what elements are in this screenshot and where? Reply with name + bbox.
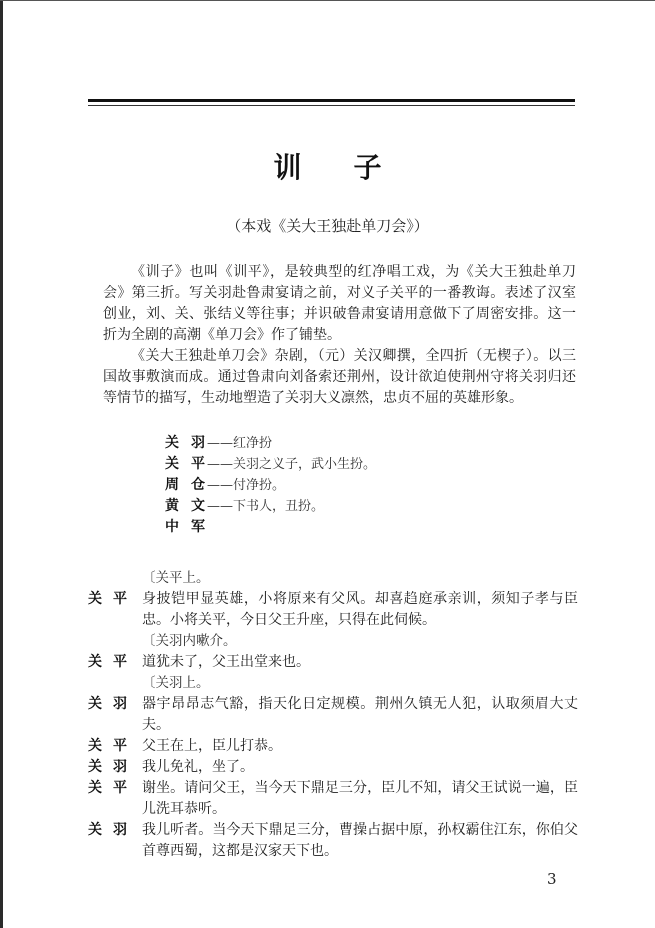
speaker-label: 关羽 [88,694,142,715]
page-subtitle: （本戏《关大王独赴单刀会》） [0,215,655,236]
stage-direction: 〔关羽内嗽介。 [88,631,578,652]
cast-name: 中军 [165,517,207,538]
stage-direction: 〔关平上。 [88,568,578,589]
cast-description: ——关羽之义子，武小生扮。 [207,454,376,475]
speech-text: 我儿听者。当今天下鼎足三分，曹操占据中原，孙权霸住江东，你伯父首尊西蜀，这都是汉… [142,820,578,862]
speech-text: 我儿免礼，坐了。 [142,757,578,778]
dialogue-line: 关羽 器宇昂昂志气豁，指天化日定规模。荆州久镇无人犯，认取须眉大丈夫。 [88,694,578,736]
cast-item: 周仓 ——付净扮。 [165,475,376,496]
scan-left-edge [0,0,3,928]
scan-top-edge [0,0,655,1]
intro-paragraph: 《训子》也叫《训平》，是较典型的红净唱工戏，为《关大王独赴单刀会》第三折。写关羽… [103,262,576,346]
dialogue-line: 关平 谢坐。请问父王，当今天下鼎足三分，臣儿不知，请父王试说一遍，臣儿洗耳恭听。 [88,778,578,820]
speaker-label: 关平 [88,736,142,757]
header-rule-thin [88,105,575,106]
speech-text: 父王在上，臣儿打恭。 [142,736,578,757]
page-number: 3 [547,870,557,888]
intro-section: 《训子》也叫《训平》，是较典型的红净唱工戏，为《关大王独赴单刀会》第三折。写关羽… [103,262,576,409]
cast-description: ——下书人，丑扮。 [207,496,324,517]
cast-description: ——红净扮 [207,433,272,454]
cast-item: 中军 [165,517,376,538]
dialogue-line: 关羽 我儿免礼，坐了。 [88,757,578,778]
cast-list: 关羽 ——红净扮 关平 ——关羽之义子，武小生扮。 周仓 ——付净扮。 黄文 —… [165,433,376,538]
cast-name: 周仓 [165,475,207,496]
stage-direction: 〔关羽上。 [88,673,578,694]
speech-text: 谢坐。请问父王，当今天下鼎足三分，臣儿不知，请父王试说一遍，臣儿洗耳恭听。 [142,778,578,820]
speaker-label: 关平 [88,778,142,799]
speaker-label: 关羽 [88,757,142,778]
dialogue-line: 关平 父王在上，臣儿打恭。 [88,736,578,757]
header-rule-thick [88,99,575,102]
dialogue-line: 关羽 我儿听者。当今天下鼎足三分，曹操占据中原，孙权霸住江东，你伯父首尊西蜀，这… [88,820,578,862]
speech-text: 器宇昂昂志气豁，指天化日定规模。荆州久镇无人犯，认取须眉大丈夫。 [142,694,578,736]
intro-paragraph: 《关大王独赴单刀会》杂剧，（元）关汉卿撰，全四折（无楔子）。以三国故事敷演而成。… [103,346,576,409]
speech-text: 道犹未了，父王出堂来也。 [142,652,578,673]
dialogue-line: 关平 身披铠甲显英雄，小将原来有父风。却喜趋庭承亲训，须知子孝与臣忠。小将关平，… [88,589,578,631]
speaker-label: 关平 [88,652,142,673]
cast-item: 黄文 ——下书人，丑扮。 [165,496,376,517]
cast-name: 关平 [165,454,207,475]
dialogue-line: 关平 道犹未了，父王出堂来也。 [88,652,578,673]
cast-item: 关平 ——关羽之义子，武小生扮。 [165,454,376,475]
speaker-label: 关羽 [88,820,142,841]
cast-name: 关羽 [165,433,207,454]
cast-item: 关羽 ——红净扮 [165,433,376,454]
speaker-label: 关平 [88,589,142,610]
script-body: 〔关平上。 关平 身披铠甲显英雄，小将原来有父风。却喜趋庭承亲训，须知子孝与臣忠… [88,568,578,862]
cast-name: 黄文 [165,496,207,517]
page-title: 训子 [0,146,655,186]
speech-text: 身披铠甲显英雄，小将原来有父风。却喜趋庭承亲训，须知子孝与臣忠。小将关平，今日父… [142,589,578,631]
cast-description: ——付净扮。 [207,475,285,496]
